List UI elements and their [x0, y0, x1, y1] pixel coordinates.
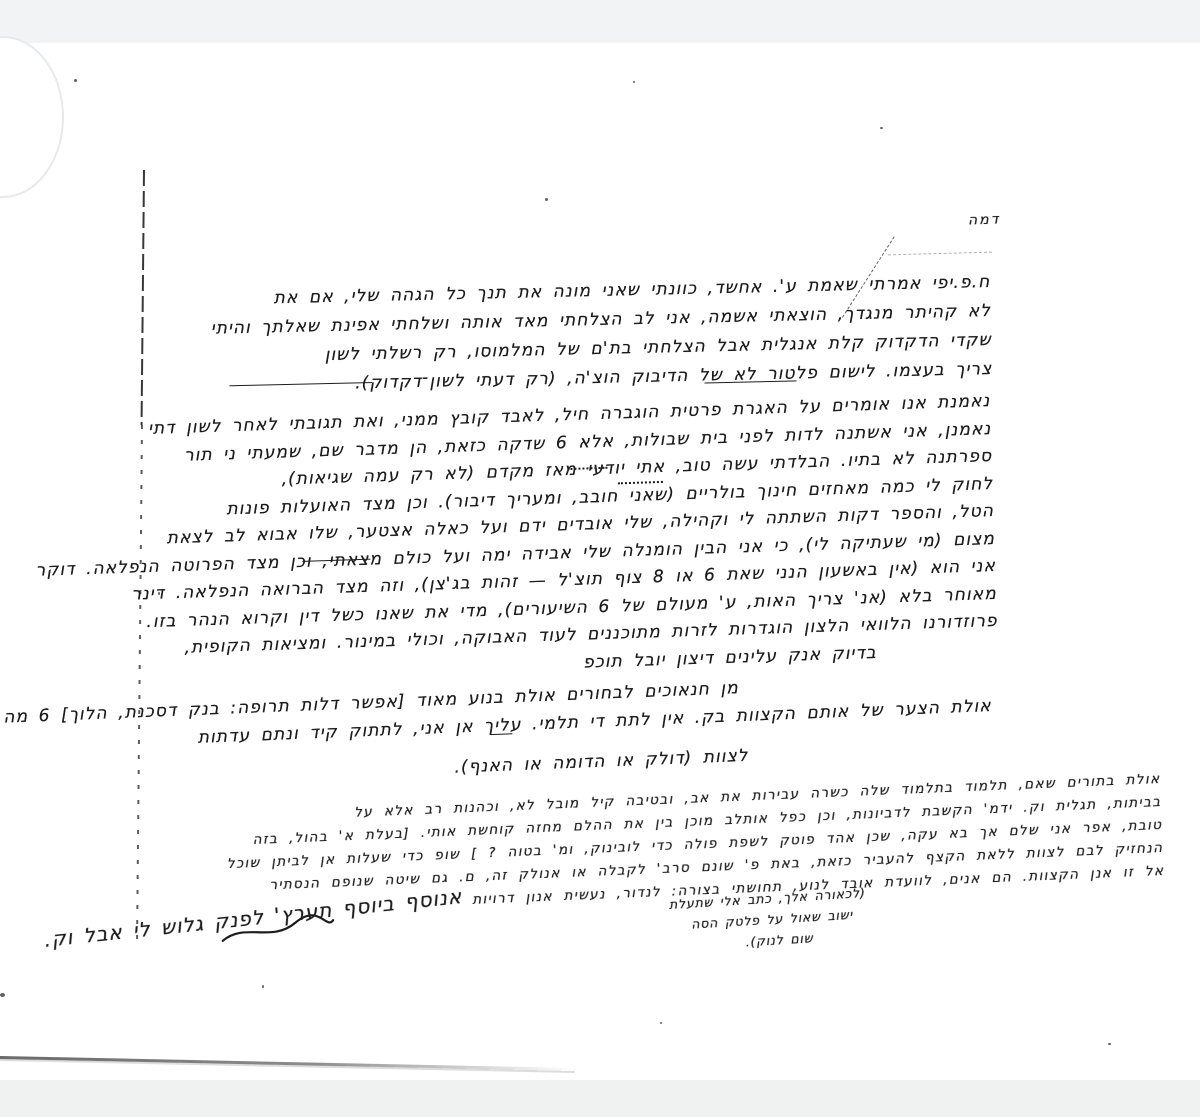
scanner-band-bottom: [0, 1080, 1200, 1117]
fold-line-lower: [136, 425, 143, 950]
hole-punch-arc: [0, 36, 64, 198]
scanner-band-top: [0, 0, 1200, 43]
ink-speck: [262, 985, 264, 988]
corner-note: דמה: [968, 211, 1001, 228]
ink-speck: [633, 81, 635, 83]
paragraph-2: נאמנת אנו אומרים על האגרת פרטית הוגברה ח…: [150, 388, 999, 691]
scan-edge-line: [0, 1056, 575, 1071]
ink-speck: [1108, 1043, 1111, 1045]
scanned-letter-page: דמה ח.פ.יפי אמרתי שאמת ע'. אחשד, כוונתי …: [0, 0, 1200, 1117]
ink-speck: [545, 198, 548, 201]
paragraph-1: ח.פ.יפי אמרתי שאמת ע'. אחשד, כוונתי שאני…: [150, 268, 992, 403]
dashed-rule-mark: [888, 252, 992, 256]
ink-speck: [660, 1022, 662, 1024]
ink-speck: [158, 592, 160, 595]
fold-line-upper: [141, 170, 145, 425]
ink-speck: [880, 127, 883, 129]
ink-speck: [74, 79, 77, 82]
ink-speck: [0, 993, 5, 997]
